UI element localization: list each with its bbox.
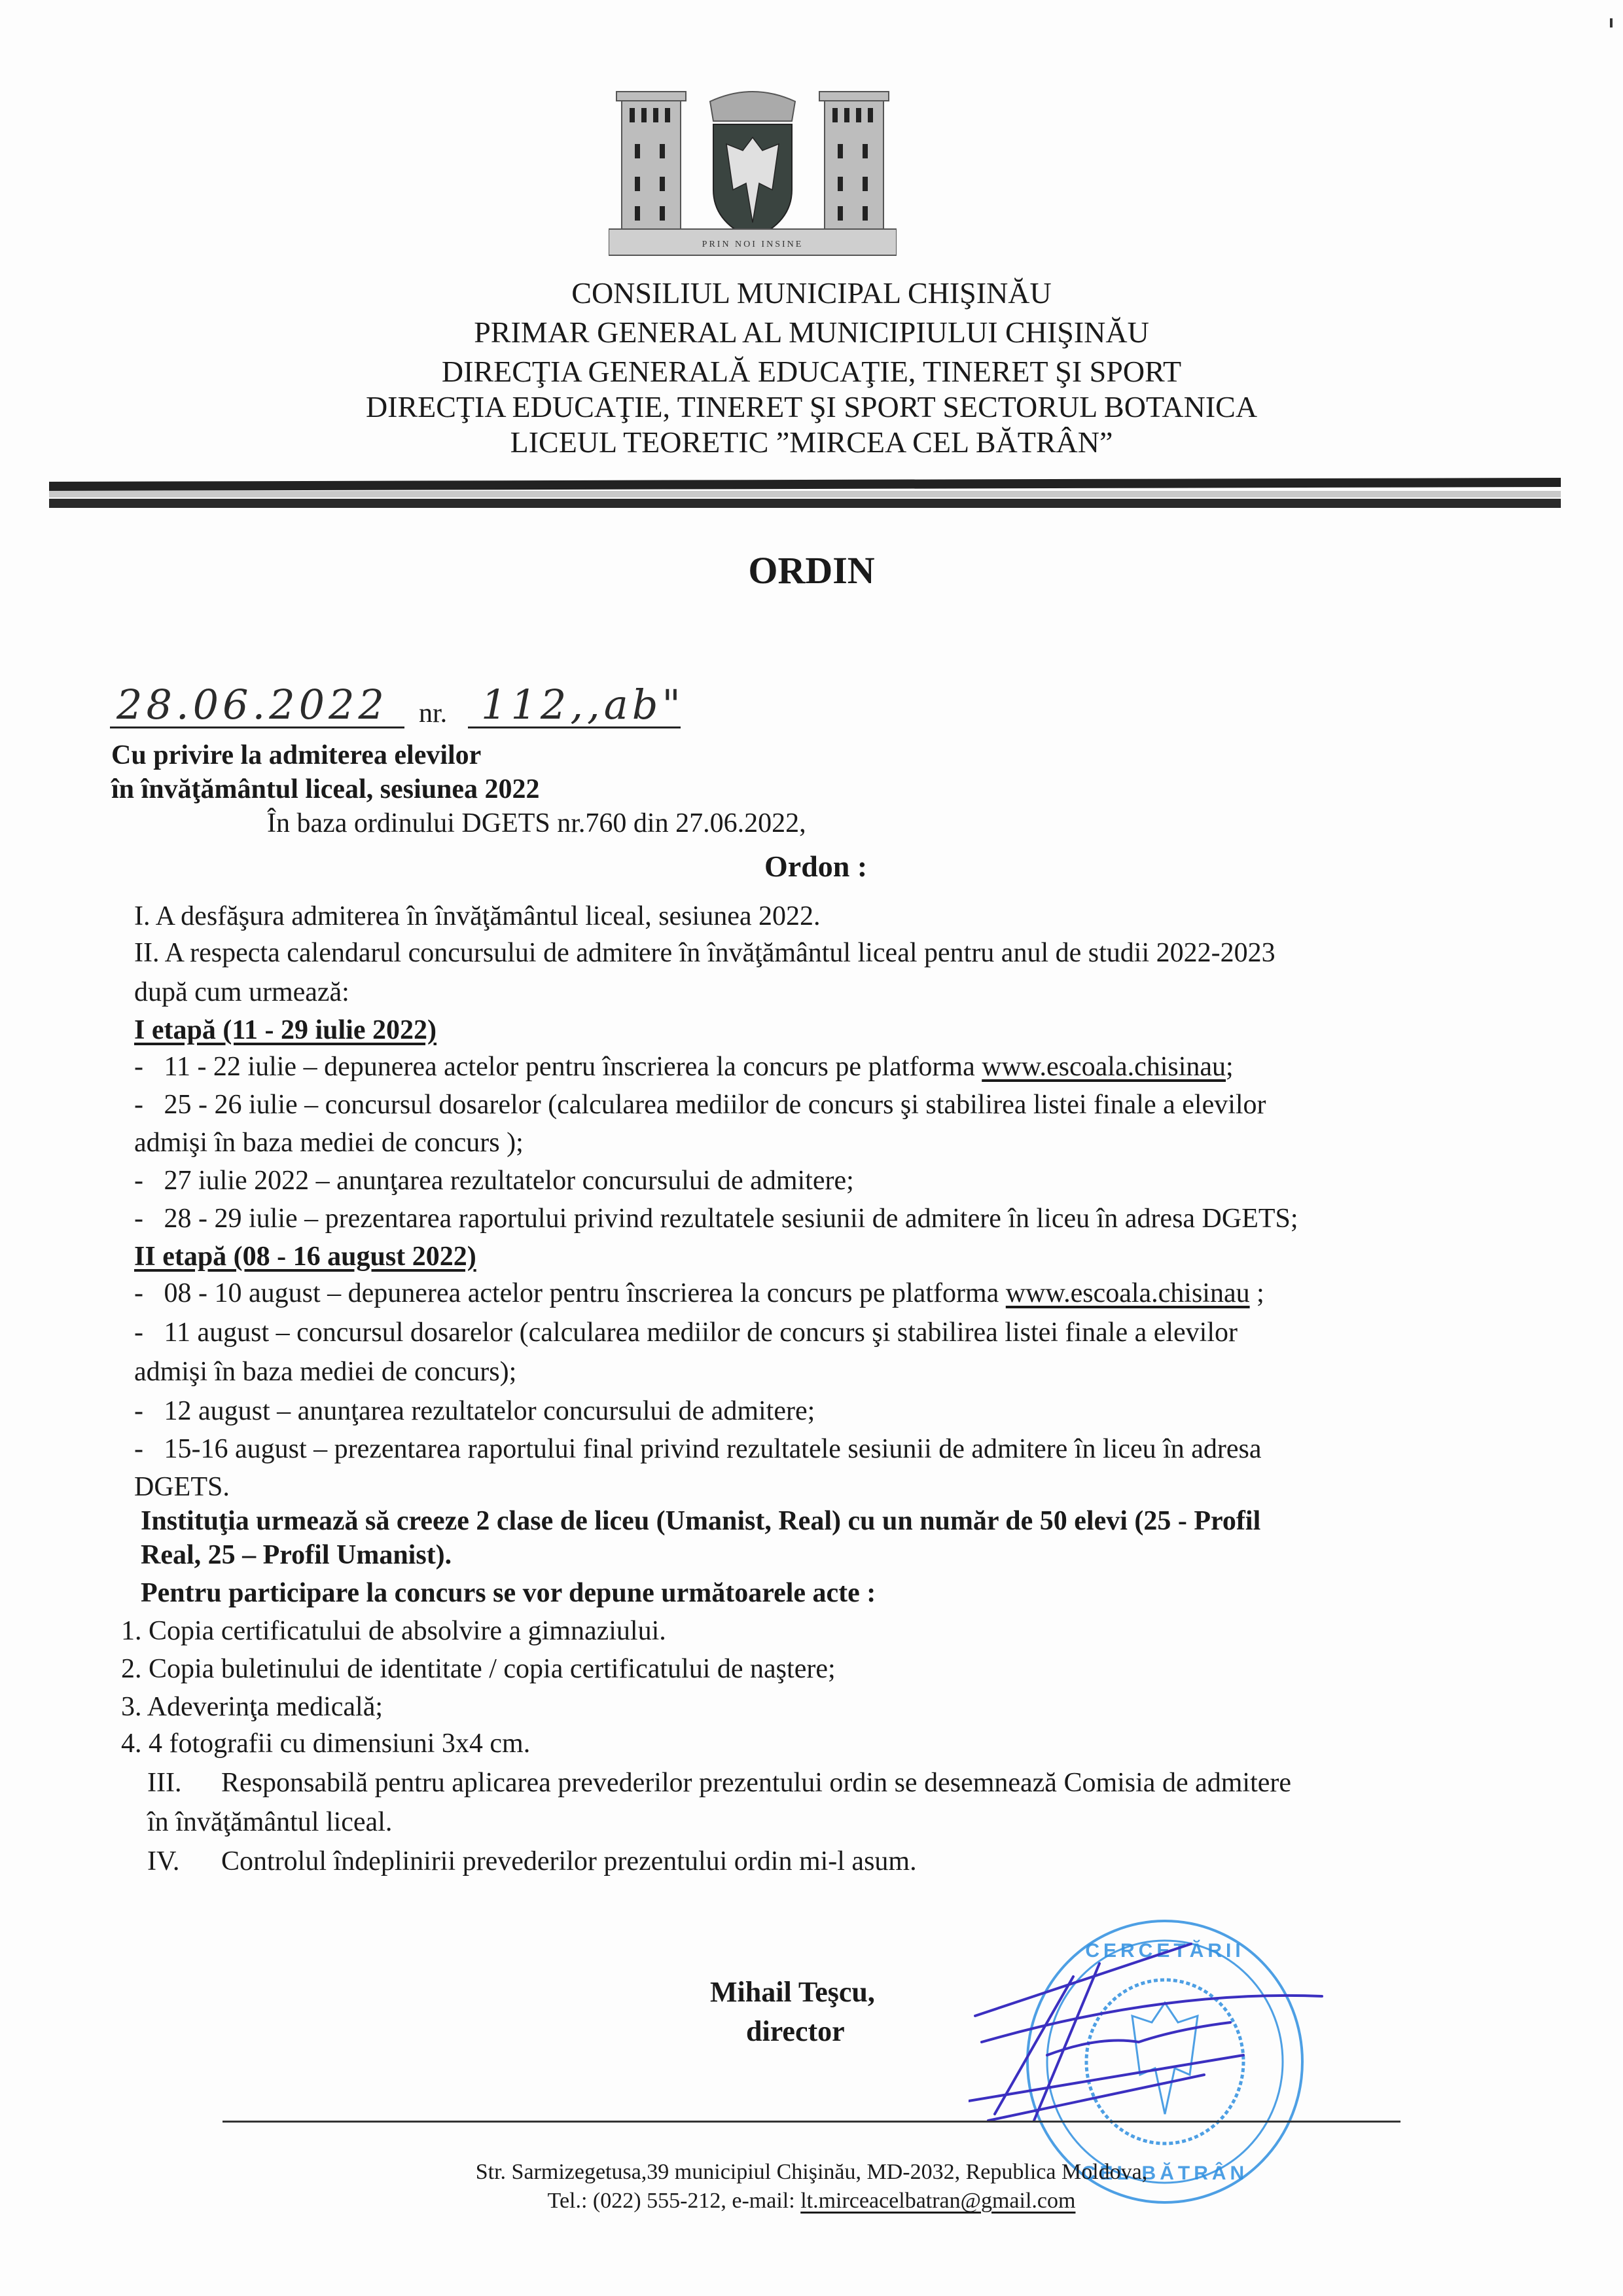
article-2-line-2: după cum urmează: [134, 977, 349, 1008]
stage-2-item-1: - 08 - 10 august – depunerea actelor pen… [134, 1278, 1264, 1309]
order-date: 28.06.2022 [116, 681, 388, 728]
document-title: ORDIN [0, 548, 1623, 592]
article-4-number: IV. [147, 1846, 179, 1877]
article-3-line-2: în învăţământul liceal. [147, 1806, 392, 1838]
escoala-link[interactable]: www.escoala.chisinau [1006, 1278, 1250, 1308]
scan-mark [1610, 18, 1613, 27]
article-2-line-1: II. A respecta calendarul concursului de… [134, 937, 1275, 969]
stage-1-item-2: - 25 - 26 iulie – concursul dosarelor (c… [134, 1089, 1266, 1121]
article-3-line-1: Responsabilă pentru aplicarea prevederil… [221, 1767, 1291, 1799]
order-date-field: 28.06.2022 [110, 681, 411, 730]
header-divider [49, 478, 1561, 491]
stage-2-item-3: - 12 august – anunţarea rezultatelor con… [134, 1395, 815, 1427]
stage-2-heading: II etapă (08 - 16 august 2022) [134, 1241, 476, 1272]
header-line-4: DIRECŢIA EDUCAŢIE, TINERET ŞI SPORT SECT… [0, 390, 1623, 424]
documents-heading: Pentru participare la concurs se vor dep… [141, 1577, 876, 1609]
institution-line-2: Real, 25 – Profil Umanist). [141, 1539, 452, 1571]
footer-divider [223, 2121, 1400, 2123]
signatory-role: director [746, 2016, 845, 2047]
stage-2-item-4: - 15-16 august – prezentarea raportului … [134, 1433, 1262, 1465]
email-link[interactable]: lt.mirceacelbatran@gmail.com [800, 2189, 1075, 2213]
header-line-2: PRIMAR GENERAL AL MUNICIPIULUI CHIŞINĂU [0, 315, 1623, 350]
stage-1-item-1: - 11 - 22 iulie – depunerea actelor pent… [134, 1051, 1234, 1083]
header-line-5: LICEUL TEORETIC ”MIRCEA CEL BĂTRÂN” [0, 425, 1623, 459]
escoala-link[interactable]: www.escoala.chisinau [982, 1052, 1226, 1082]
footer-contact: Tel.: (022) 555-212, e-mail: lt.mirceace… [0, 2187, 1623, 2215]
stage-2-item-2: - 11 august – concursul dosarelor (calcu… [134, 1317, 1238, 1348]
header-line-3: DIRECŢIA GENERALĂ EDUCAŢIE, TINERET ŞI S… [0, 355, 1623, 389]
document-item-1: 1. Copia certificatului de absolvire a g… [121, 1615, 666, 1647]
stage-1-item-2-cont: admişi în baza mediei de concurs ); [134, 1127, 524, 1158]
header-divider [49, 499, 1561, 508]
stage-2-item-4-cont: DGETS. [134, 1471, 230, 1503]
article-1: I. A desfăşura admiterea în învăţământul… [134, 901, 820, 932]
ordon-heading: Ordon : [764, 851, 867, 882]
emblem-motto: PRIN NOI INSINE [702, 240, 804, 249]
document-item-2: 2. Copia buletinului de identitate / cop… [121, 1653, 836, 1685]
institution-line-1: Instituţia urmează să creeze 2 clase de … [141, 1505, 1260, 1537]
stage-1-item-3: - 27 iulie 2022 – anunţarea rezultatelor… [134, 1165, 854, 1196]
stage-1-item-4: - 28 - 29 iulie – prezentarea raportului… [134, 1203, 1298, 1234]
document-item-3: 3. Adeverinţa medicală; [121, 1691, 383, 1723]
signatory-name: Mihail Teşcu, [710, 1977, 875, 2008]
footer-address: Str. Sarmizegetusa,39 municipiul Chişină… [0, 2159, 1623, 2186]
stage-1-heading: I etapă (11 - 29 iulie 2022) [134, 1014, 437, 1046]
number-label: nr. [419, 698, 447, 729]
bullet-dash: - [134, 1052, 164, 1082]
subject-line-1: Cu privire la admiterea elevilor [111, 740, 481, 771]
article-4-text: Controlul îndeplinirii prevederilor prez… [221, 1846, 917, 1877]
header-line-1: CONSILIUL MUNICIPAL CHIŞINĂU [0, 276, 1623, 310]
chisinau-coat-of-arms-icon: PRIN NOI INSINE [609, 72, 897, 262]
header-divider [49, 491, 1561, 497]
stage-2-item-2-cont: admişi în baza mediei de concurs); [134, 1356, 516, 1388]
subject-line-2: în învăţământul liceal, sesiunea 2022 [111, 774, 540, 805]
document-item-4: 4. 4 fotografii cu dimensiuni 3x4 cm. [121, 1728, 530, 1759]
order-number: 112,,ab" [481, 681, 685, 728]
svg-text:CERCETĂRII: CERCETĂRII [1085, 1939, 1244, 1962]
legal-basis: În baza ordinului DGETS nr.760 din 27.06… [267, 808, 806, 839]
article-3-number: III. [147, 1767, 181, 1799]
order-number-field: 112,,ab" [468, 681, 684, 730]
